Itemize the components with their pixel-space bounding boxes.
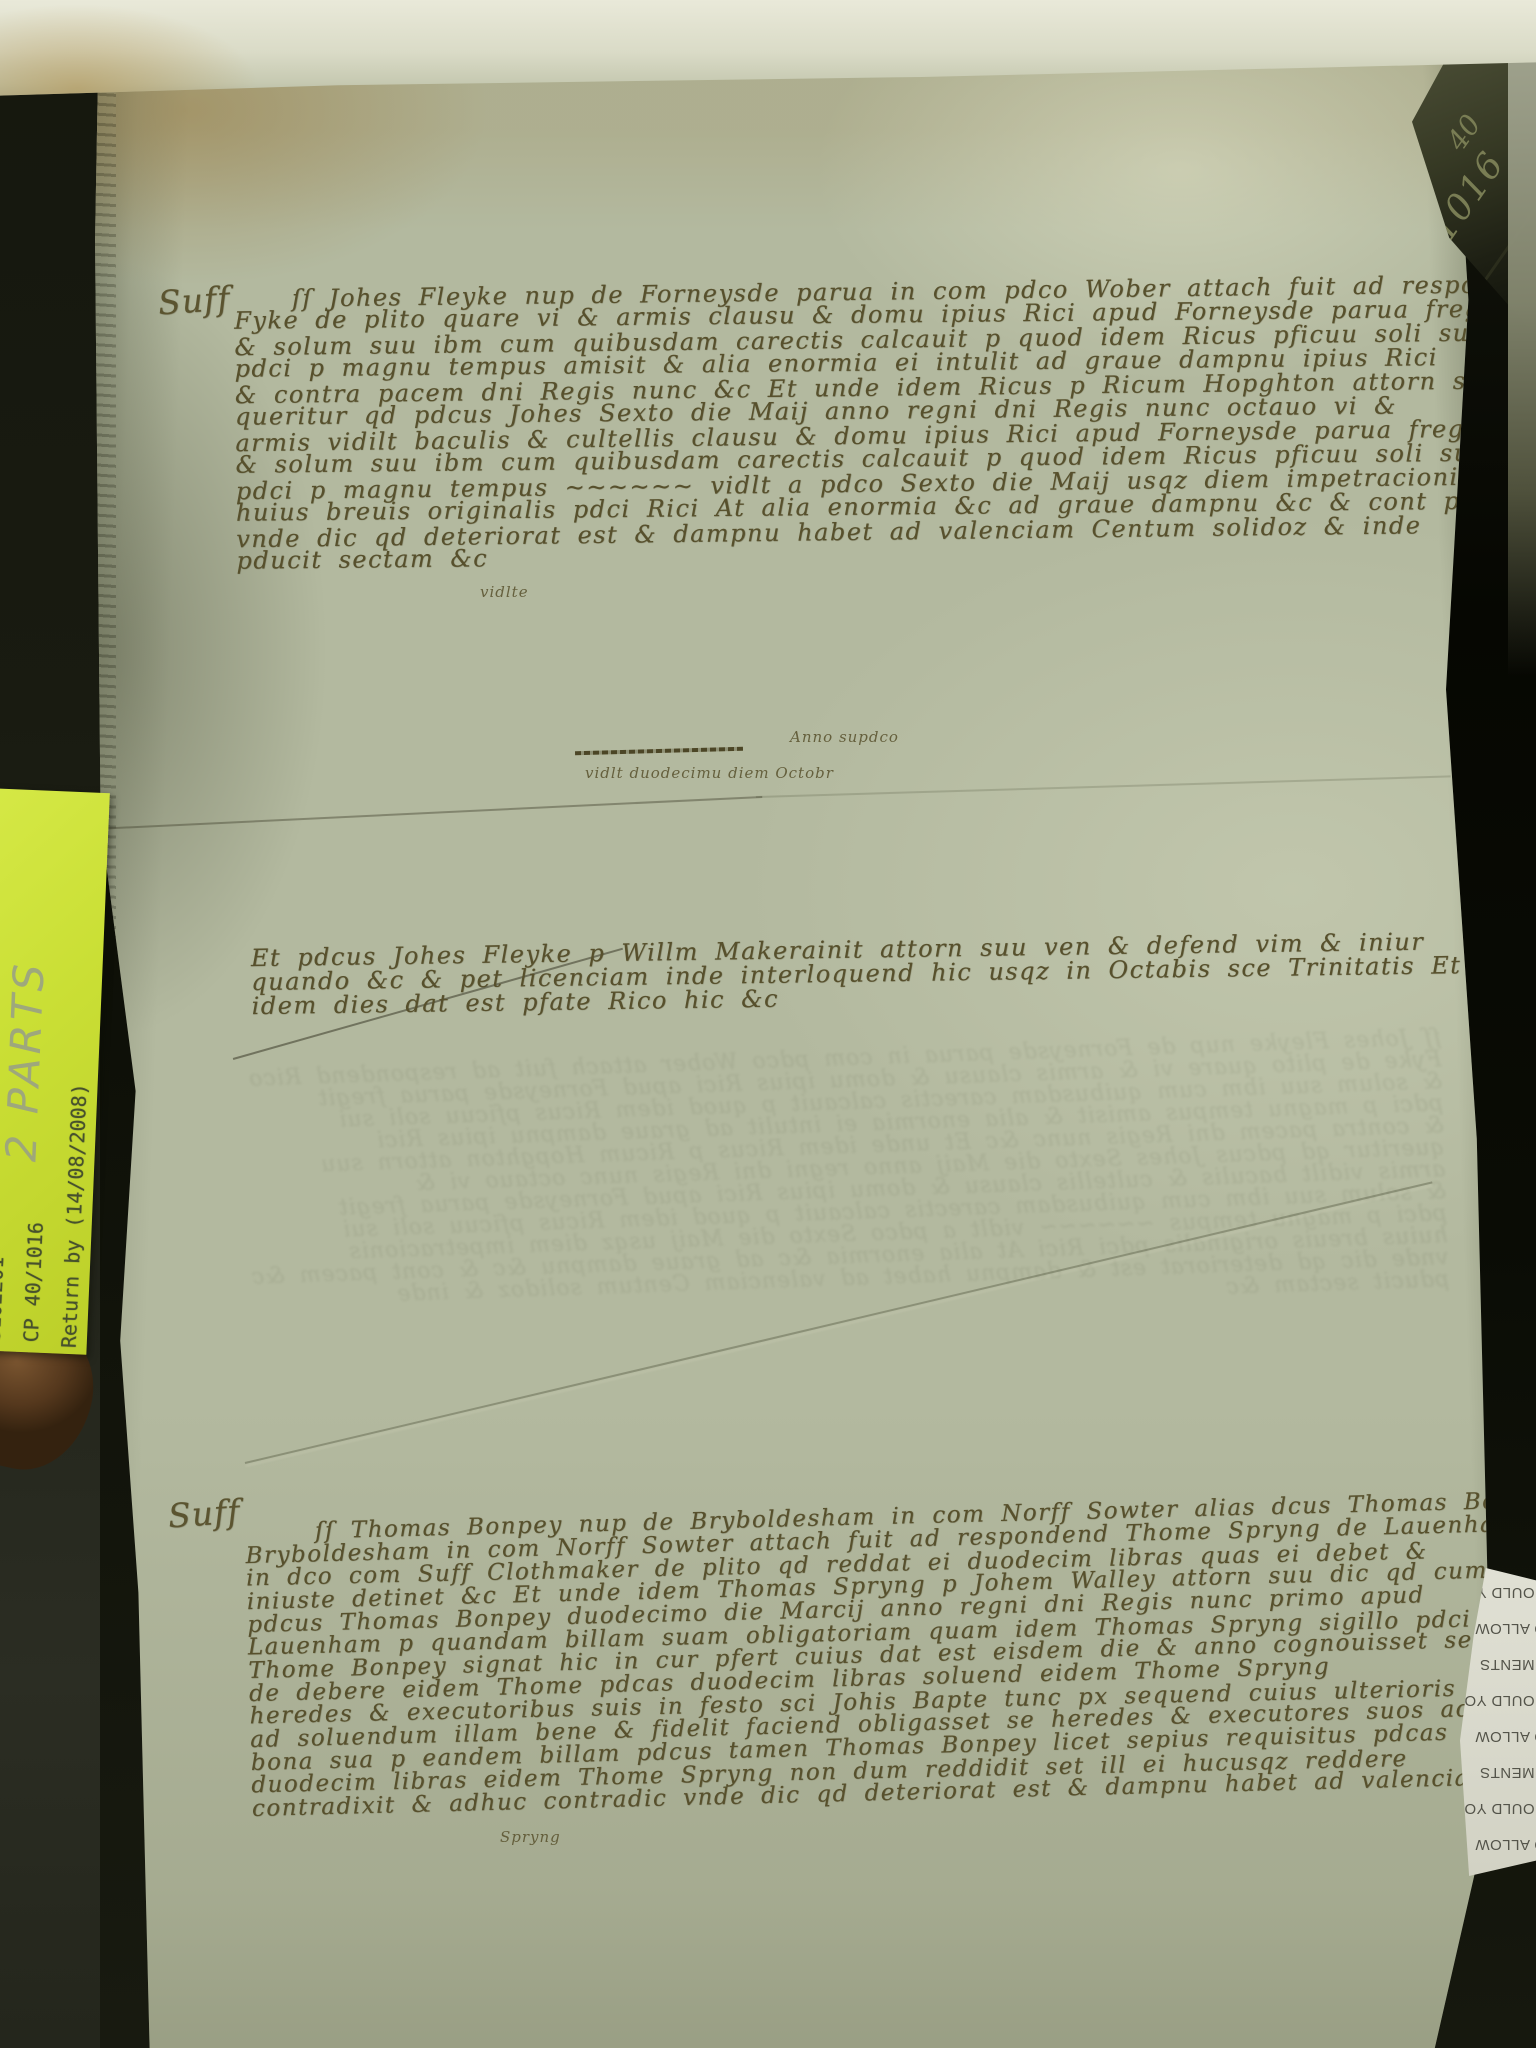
entry1-paragraph1: ſſ Johes Fleyke nup de Forneysde parua i… (234, 256, 1536, 557)
roll-edge-sliver (1508, 56, 1536, 676)
ink-showthrough: ſſ Johes Fleyke nup de Forneysde parua i… (111, 1017, 1455, 1493)
county-margin-suff-entry2: Suff (167, 1492, 242, 1536)
interlinear-insertion: Spryng (500, 1828, 561, 1846)
interlinear-insertion: vidlt duodecimu diem Octobr (585, 764, 834, 782)
manuscript-line: ſſ Johes Fleyke nup de Forneysde parua i… (234, 256, 1536, 296)
note-handwritten-2-parts: 2 PARTS (0, 959, 54, 1162)
entry1-paragraph2: Et pdcus Johes Fleyke p Willm Makerainit… (251, 914, 1536, 1004)
note-return-by-date: Return by (14/08/2008) (57, 1083, 92, 1349)
photo-plea-roll: ſſ Johes Fleyke nup de Forneysde parua i… (0, 0, 1536, 2048)
entry2-paragraph1: ſſ Thomas Bonpey nup de Bryboldesham in … (244, 1476, 1536, 1809)
parchment-crease (756, 775, 1451, 798)
parchment-membrane: ſſ Johes Fleyke nup de Forneysde parua i… (88, 50, 1488, 2048)
note-barcode-number: 5102201 (0, 1256, 8, 1341)
parchment-crease (95, 796, 762, 830)
interlinear-insertion: Anno supdco (790, 728, 899, 746)
note-reference-cp-40-1016: CP 40/1016 (19, 1222, 48, 1343)
cancelled-text-stroke (575, 747, 743, 755)
county-margin-suff-entry1: Suff (157, 279, 232, 323)
interlinear-insertion: vidlte (480, 583, 529, 601)
